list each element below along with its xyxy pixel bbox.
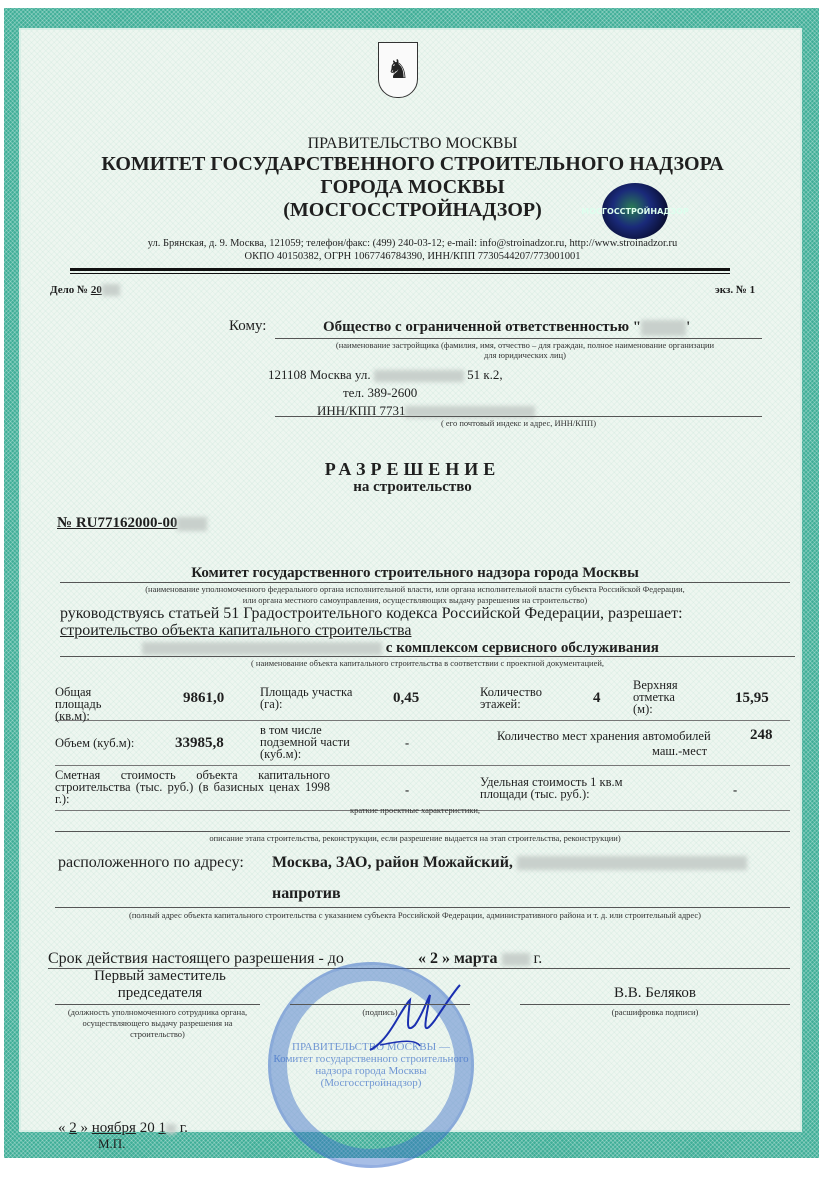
- government-title: ПРАВИТЕЛЬСТВО МОСКВЫ: [0, 135, 825, 153]
- document-title: РАЗРЕШЕНИЕ: [0, 459, 825, 480]
- recipient-phone: тел. 389-2600: [343, 385, 417, 401]
- issue-date: « 2 » ноября 20 1 г.: [58, 1120, 188, 1137]
- redacted: [641, 320, 686, 336]
- redacted: [102, 284, 120, 296]
- seal-label: М.П.: [98, 1136, 125, 1152]
- recipient-address: 121108 Москва ул. 51 к.2,: [268, 367, 503, 383]
- committee-short-name: (МОСГОССТРОЙНАДЗОР): [0, 199, 825, 222]
- recipient-name: Общество с ограниченной ответственностью…: [323, 319, 690, 336]
- recipient-name-hint: (наименование застройщика (фамилия, имя,…: [290, 340, 760, 360]
- case-number: Дело № 20: [50, 284, 120, 296]
- issuer-hint-2: или органа местного самоуправления, осущ…: [40, 595, 790, 605]
- redacted: [374, 370, 464, 382]
- committee-title: КОМИТЕТ ГОСУДАРСТВЕННОГО СТРОИТЕЛЬНОГО Н…: [0, 153, 825, 176]
- table-row: Объем (куб.м): 33985,8 в том числе подзе…: [55, 721, 790, 766]
- header-divider-thin: [70, 273, 730, 274]
- location-address-line2: напротив: [272, 885, 341, 903]
- committee-city: ГОРОДА МОСКВЫ: [0, 176, 825, 199]
- table-row: Общая площадь (кв.м): 9861,0 Площадь уча…: [55, 676, 790, 721]
- signature-hint: (подпись): [290, 1007, 470, 1017]
- signer-name: В.В. Беляков: [520, 985, 790, 1002]
- location-hint: (полный адрес объекта капитального строи…: [40, 910, 790, 920]
- stage-hint: описание этапа строительства, реконструк…: [40, 833, 790, 843]
- signer-position-hint: (должность уполномоченного сотрудника ор…: [55, 1007, 260, 1040]
- characteristics-hint: краткие проектные характеристики,: [40, 805, 790, 815]
- issuer-hint-1: (наименование уполномоченного федерально…: [40, 584, 790, 594]
- redacted: [166, 1124, 176, 1134]
- header-address: ул. Брянская, д. 9. Москва, 121059; теле…: [0, 238, 825, 249]
- signer-position: Первый заместитель председателя: [55, 968, 265, 1002]
- redacted: [517, 856, 747, 870]
- characteristics-table: Общая площадь (кв.м): 9861,0 Площадь уча…: [55, 676, 790, 811]
- hologram-icon: МОСГОССТРОЙНАДЗОР: [602, 183, 668, 239]
- location-label: расположенного по адресу:: [58, 854, 244, 872]
- moscow-coat-of-arms-icon: ♞: [378, 42, 418, 98]
- redacted: [177, 517, 207, 531]
- copy-number: экз. № 1: [715, 284, 755, 296]
- validity-label: Срок действия настоящего разрешения - до: [48, 950, 344, 968]
- permit-number: № RU77162000-00: [57, 515, 207, 532]
- signer-name-hint: (расшифровка подписи): [520, 1007, 790, 1017]
- object-hint: ( наименование объекта капитального стро…: [60, 658, 795, 668]
- legal-basis: руководствуясь статьей 51 Градостроитель…: [60, 605, 795, 623]
- validity-date: « 2 » марта г.: [418, 950, 542, 968]
- object-type: строительство объекта капитального строи…: [60, 622, 411, 640]
- issuer-name: Комитет государственного строительного н…: [40, 565, 790, 582]
- redacted: [502, 953, 530, 966]
- signature-icon: [360, 980, 470, 1060]
- recipient-label: Кому:: [229, 318, 266, 335]
- recipient-address-hint: ( его почтовый индекс и адрес, ИНН/КПП): [275, 418, 762, 428]
- header-divider-thick: [70, 268, 730, 271]
- object-name: с комплексом сервисного обслуживания: [142, 640, 659, 657]
- document-subtitle: на строительство: [0, 479, 825, 496]
- redacted: [142, 642, 382, 655]
- header-codes: ОКПО 40150382, ОГРН 1067746784390, ИНН/К…: [0, 251, 825, 262]
- location-address: Москва, ЗАО, район Можайский,: [272, 854, 747, 872]
